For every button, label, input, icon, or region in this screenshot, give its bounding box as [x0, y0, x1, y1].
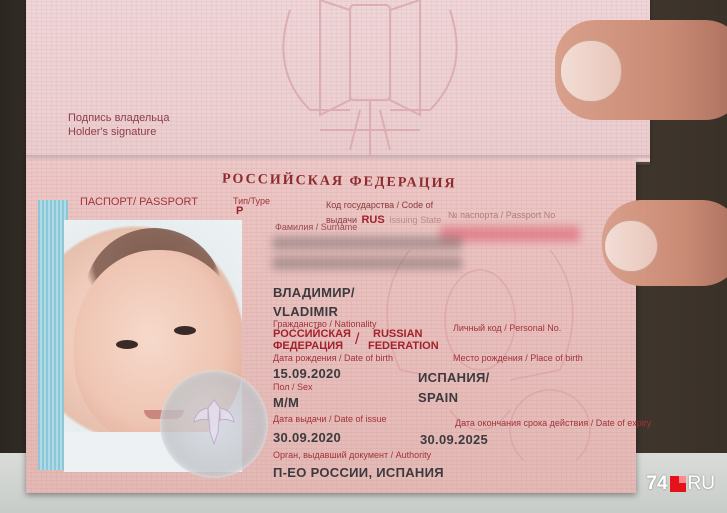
expiry-date-value: 30.09.2025 [420, 432, 488, 447]
type-value: P [236, 205, 243, 217]
authority-value: П-ЕО РОССИИ, ИСПАНИЯ [273, 465, 444, 480]
expiry-date-label: Дата окончания срока действия / Date of … [455, 418, 651, 428]
issue-date-value: 30.09.2020 [273, 430, 341, 445]
hologram-seal [160, 370, 268, 478]
watermark-logo-icon [670, 476, 686, 492]
document-type-label: ПАСПОРТ/ PASSPORT [80, 196, 198, 208]
hologram-eagle-icon [192, 392, 236, 452]
personal-number-label: Личный код / Personal No. [453, 323, 561, 333]
nationality-ru-line-2: ФЕДЕРАЦИЯ [273, 340, 343, 352]
place-of-birth-en: SPAIN [418, 390, 458, 405]
state-code-value: RUS [361, 214, 384, 226]
surname-label: Фамилия / Surname [275, 222, 357, 232]
sex-value: M/M [273, 395, 299, 410]
date-of-birth-value: 15.09.2020 [273, 366, 341, 381]
nationality-ru-line-1: РОССИЙСКАЯ [273, 328, 351, 340]
signature-label-ru: Подпись владельца [68, 112, 169, 124]
signature-label-en: Holder's signature [68, 126, 156, 138]
photo-eye-right [174, 326, 196, 335]
watermark-number: 74 [646, 473, 667, 495]
surname-redacted-line-2 [272, 256, 462, 270]
surname-redacted-line-1 [272, 236, 462, 250]
passport-number-label: № паспорта / Passport No [448, 210, 555, 220]
nationality-separator: / [355, 331, 359, 349]
photo-eye-left [116, 340, 138, 349]
fingernail-lower [604, 220, 658, 272]
date-of-birth-label: Дата рождения / Date of birth [273, 353, 393, 363]
sex-label: Пол / Sex [273, 382, 313, 392]
state-code-label-state: Issuing State [389, 215, 441, 225]
given-name-ru: ВЛАДИМИР/ [273, 285, 355, 300]
issue-date-label: Дата выдачи / Date of issue [273, 414, 386, 424]
authority-label: Орган, выдавший документ / Authority [273, 450, 431, 460]
watermark-domain: RU [688, 473, 715, 495]
given-name-en: VLADIMIR [273, 304, 338, 319]
fingernail-upper [560, 40, 622, 102]
coat-of-arms-emblem-icon [250, 0, 490, 160]
place-of-birth-ru: ИСПАНИЯ/ [418, 370, 490, 385]
state-code-label: Код государства / Code of [326, 200, 433, 210]
nationality-en-line-1: RUSSIAN [373, 328, 423, 340]
place-of-birth-label: Место рождения / Place of birth [453, 353, 583, 363]
site-watermark: 74 RU [646, 473, 715, 495]
nationality-en-line-2: FEDERATION [368, 340, 439, 352]
